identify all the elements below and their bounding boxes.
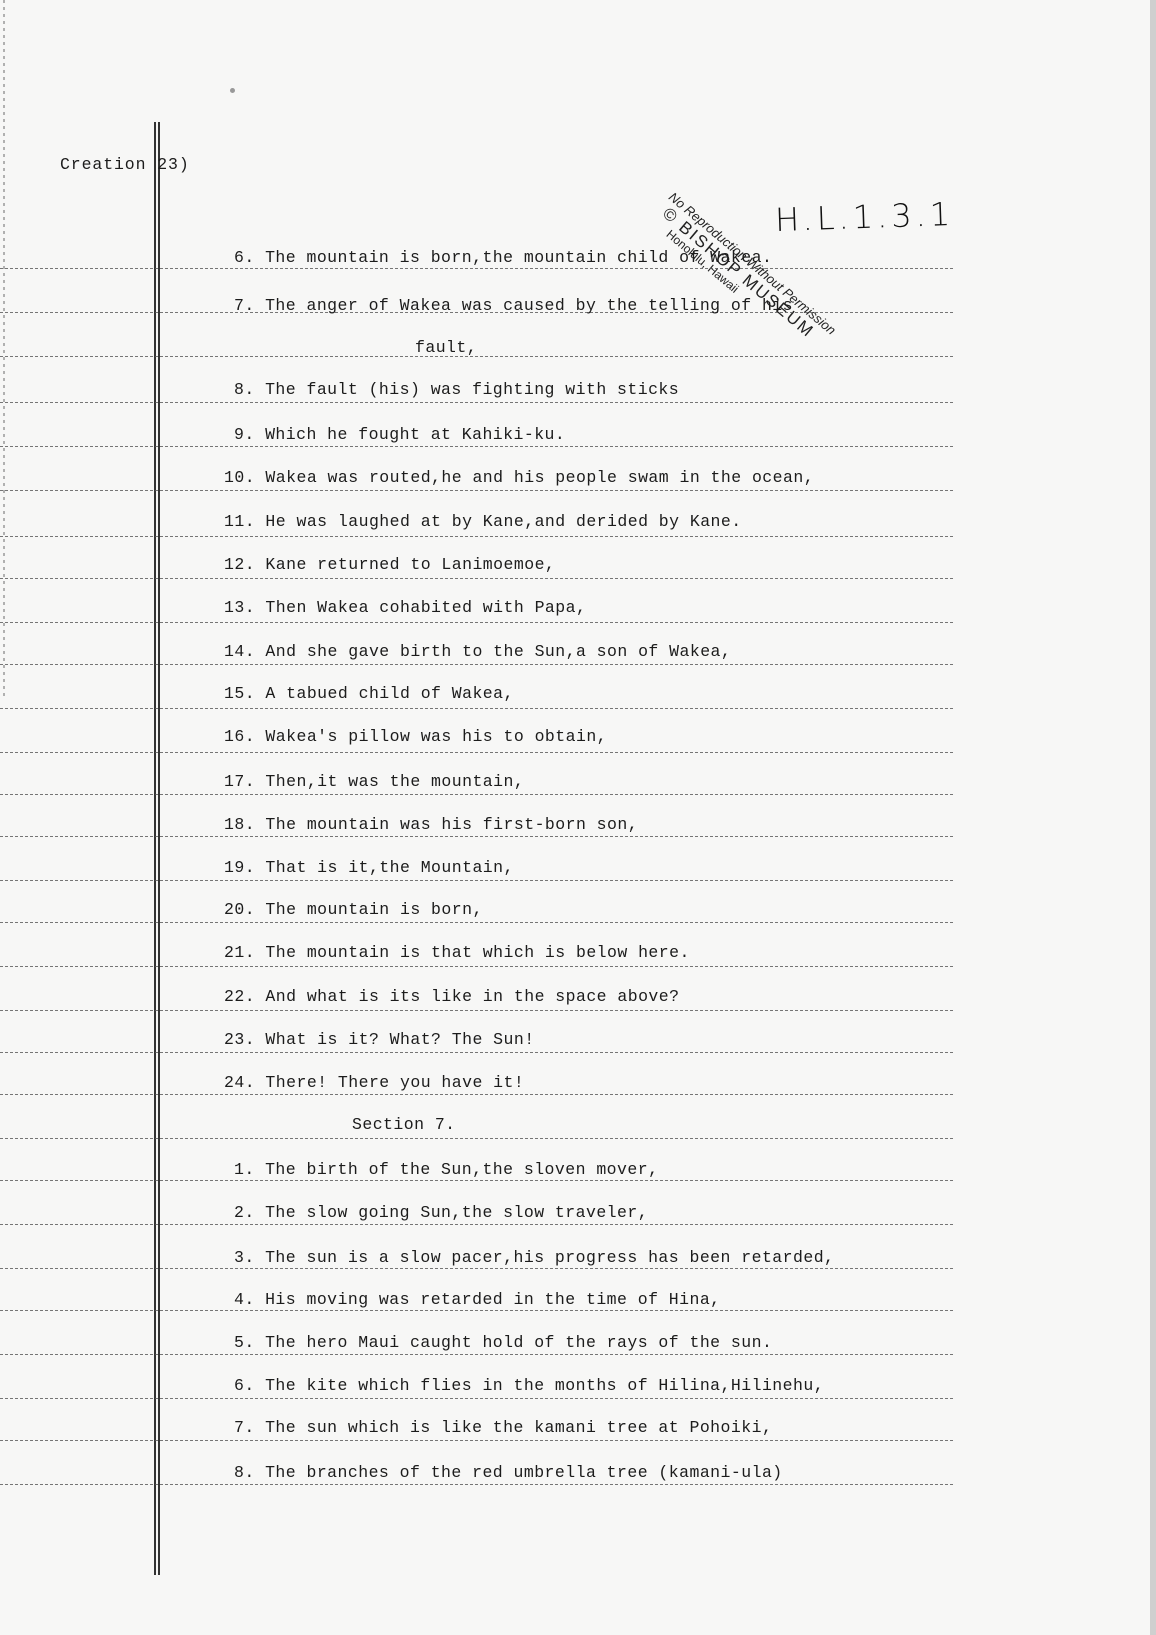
ruled-line [0,1354,953,1355]
line-number: 8. [234,380,265,399]
line-text: The fault (his) was fighting with sticks [265,380,679,399]
line-text: There! There you have it! [265,1073,524,1092]
line-number: 7. [234,1418,265,1437]
line-number: 4. [234,1290,265,1309]
line-number: 2. [234,1203,265,1222]
ruled-line [0,794,953,795]
line-number: 6. [234,248,265,267]
ruled-line [0,880,953,881]
page-header-label: Creation 23) [60,155,190,174]
ruled-line [0,1268,953,1269]
line-text: And she gave birth to the Sun,a son of W… [265,642,731,661]
manuscript-line: 23. What is it? What? The Sun! [224,1030,535,1049]
line-number: 9. [234,425,265,444]
line-text: The mountain was his first-born son, [265,815,638,834]
line-text: A tabued child of Wakea, [265,684,513,703]
manuscript-line: 24. There! There you have it! [224,1073,524,1092]
line-number: 3. [234,1248,265,1267]
line-number: 17. [224,772,265,791]
manuscript-line: 11. He was laughed at by Kane,and deride… [224,512,742,531]
manuscript-line: 14. And she gave birth to the Sun,a son … [224,642,731,661]
line-number: 15. [224,684,265,703]
ruled-line [0,922,953,923]
ink-speck [230,88,235,93]
line-text: Wakea was routed,he and his people swam … [265,468,814,487]
line-text: What is it? What? The Sun! [265,1030,534,1049]
manuscript-line: 21. The mountain is that which is below … [224,943,690,962]
manuscript-line: 4. His moving was retarded in the time o… [234,1290,721,1309]
manuscript-line: 17. Then,it was the mountain, [224,772,524,791]
manuscript-line: 2. The slow going Sun,the slow traveler, [234,1203,648,1222]
manuscript-line: 6. The kite which flies in the months of… [234,1376,824,1395]
margin-line [154,122,156,1575]
ruled-line [0,708,953,709]
manuscript-line: 15. A tabued child of Wakea, [224,684,514,703]
manuscript-line: 1. The birth of the Sun,the sloven mover… [234,1160,658,1179]
line-text: The sun is a slow pacer,his progress has… [265,1248,834,1267]
line-number: 11. [224,512,265,531]
line-number: 22. [224,987,265,1006]
ruled-line [0,490,953,491]
line-text: Kane returned to Lanimoemoe, [265,555,555,574]
manuscript-line: 7. The sun which is like the kamani tree… [234,1418,772,1437]
line-text: And what is its like in the space above? [265,987,679,1006]
ruled-line [0,1440,953,1441]
line-text: The mountain is that which is below here… [265,943,689,962]
line-number: 19. [224,858,265,877]
ruled-line [0,1138,953,1139]
line-text: The sun which is like the kamani tree at… [265,1418,772,1437]
line-number: 18. [224,815,265,834]
line-number: 8. [234,1463,265,1482]
ruled-line [0,1224,953,1225]
manuscript-line: 8. The fault (his) was fighting with sti… [234,380,679,399]
ruled-line [0,268,953,269]
manuscript-line: 10. Wakea was routed,he and his people s… [224,468,814,487]
line-text: He was laughed at by Kane,and derided by… [265,512,741,531]
ruled-line [0,1094,953,1095]
line-number: 5. [234,1333,265,1352]
line-number: 12. [224,555,265,574]
ruled-line [0,1052,953,1053]
section-heading: Section 7. [352,1115,456,1134]
line-text: The hero Maui caught hold of the rays of… [265,1333,772,1352]
line-number: 13. [224,598,265,617]
ruled-line [0,966,953,967]
line-text: The branches of the red umbrella tree (k… [265,1463,783,1482]
line-text: Then,it was the mountain, [265,772,524,791]
ruled-line [0,622,953,623]
line-number: 14. [224,642,265,661]
line-text: Then Wakea cohabited with Papa, [265,598,586,617]
line-number: 7. [234,296,265,315]
manuscript-line: 6. The mountain is born,the mountain chi… [234,248,772,267]
line-text: The mountain is born,the mountain child … [265,248,772,267]
manuscript-line: 18. The mountain was his first-born son, [224,815,638,834]
line-text: That is it,the Mountain, [265,858,513,877]
catalog-number: H.L.1.3.1 [774,195,954,239]
manuscript-line: 12. Kane returned to Lanimoemoe, [224,555,555,574]
ruled-line [0,752,953,753]
ruled-line [0,664,953,665]
manuscript-line: 5. The hero Maui caught hold of the rays… [234,1333,772,1352]
ruled-line [0,836,953,837]
manuscript-line: 13. Then Wakea cohabited with Papa, [224,598,586,617]
line-number: 10. [224,468,265,487]
ruled-line [0,536,953,537]
line-text: The kite which flies in the months of Hi… [265,1376,824,1395]
line-text: The anger of Wakea was caused by the tel… [265,296,793,315]
line-text: Which he fought at Kahiki-ku. [265,425,565,444]
line-text: fault, [415,338,477,357]
line-number: 16. [224,727,265,746]
ruled-line [0,1310,953,1311]
line-number: 6. [234,1376,265,1395]
line-number: 20. [224,900,265,919]
ruled-line [0,1180,953,1181]
line-text: The mountain is born, [265,900,482,919]
manuscript-line: 20. The mountain is born, [224,900,483,919]
line-number: 24. [224,1073,265,1092]
line-number: 23. [224,1030,265,1049]
line-text: Wakea's pillow was his to obtain, [265,727,607,746]
ruled-line [0,1010,953,1011]
page-edge-right [1150,0,1156,1635]
page-edge-left [3,0,5,700]
line-number: 21. [224,943,265,962]
line-text: Section 7. [352,1115,456,1134]
manuscript-line: 22. And what is its like in the space ab… [224,987,680,1006]
ruled-line [0,446,953,447]
manuscript-line: 7. The anger of Wakea was caused by the … [234,296,793,315]
line-text: The slow going Sun,the slow traveler, [265,1203,648,1222]
typed-manuscript-page: Creation 23) H.L.1.3.1 No Reproduction W… [0,0,1156,1635]
margin-line [158,122,160,1575]
line-text: The birth of the Sun,the sloven mover, [265,1160,658,1179]
ruled-line [0,578,953,579]
manuscript-line: 16. Wakea's pillow was his to obtain, [224,727,607,746]
line-number: 1. [234,1160,265,1179]
manuscript-line: fault, [415,338,477,357]
manuscript-line: 19. That is it,the Mountain, [224,858,514,877]
manuscript-line: 9. Which he fought at Kahiki-ku. [234,425,565,444]
line-text: His moving was retarded in the time of H… [265,1290,720,1309]
manuscript-line: 3. The sun is a slow pacer,his progress … [234,1248,834,1267]
manuscript-line: 8. The branches of the red umbrella tree… [234,1463,783,1482]
ruled-line [0,1484,953,1485]
ruled-line [0,402,953,403]
ruled-line [0,1398,953,1399]
